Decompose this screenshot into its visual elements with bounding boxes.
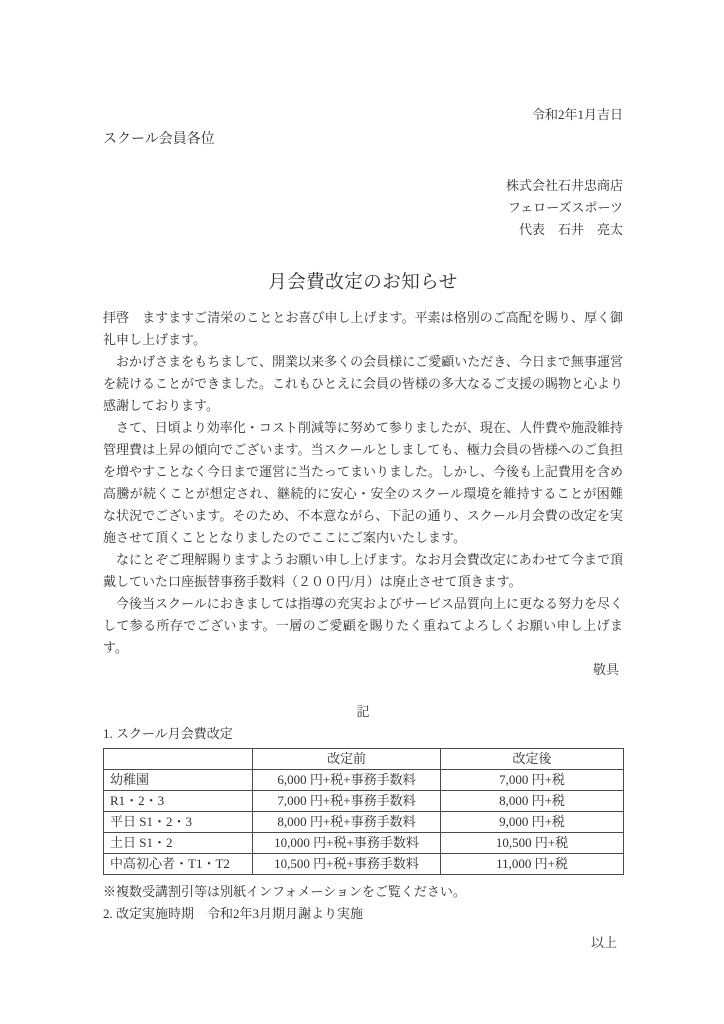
category-cell: R1・2・3	[104, 791, 253, 812]
before-fee-cell: 7,000 円+税+事務手数料	[253, 791, 441, 812]
fee-table-header-after: 改定後	[441, 749, 624, 770]
fee-table: 改定前 改定後 幼稚園 6,000 円+税+事務手数料 7,000 円+税 R1…	[103, 748, 624, 875]
body-text: 拝啓 ますますご清栄のこととお喜び申し上げます。平素は格別のご高配を賜り、厚く御…	[103, 307, 623, 659]
after-fee-cell: 11,000 円+税	[441, 854, 624, 875]
end-marker: 以上	[103, 932, 623, 954]
paragraph-request: なにとぞご理解賜りますようお願い申し上げます。なお月会費改定にあわせて今まで頂戴…	[103, 549, 623, 593]
before-fee-cell: 10,500 円+税+事務手数料	[253, 854, 441, 875]
after-fee-cell: 10,500 円+税	[441, 833, 624, 854]
before-fee-cell: 8,000 円+税+事務手数料	[253, 812, 441, 833]
discount-note: ※複数受講割引等は別紙インフォメーションをご覧ください。	[103, 881, 623, 903]
table-row-r123: R1・2・3 7,000 円+税+事務手数料 8,000 円+税	[104, 791, 624, 812]
document-page: 令和2年1月吉日 スクール会員各位 株式会社石井忠商店 フェローズスポーツ 代表…	[0, 0, 724, 1024]
before-fee-cell: 10,000 円+税+事務手数料	[253, 833, 441, 854]
document-title: 月会費改定のお知らせ	[103, 270, 623, 296]
fee-table-header-row: 改定前 改定後	[104, 749, 624, 770]
section2-line: 2. 改定実施時期 令和2年3月期月謝より実施	[103, 903, 623, 925]
paragraph-greeting: 拝啓 ますますご清栄のこととお喜び申し上げます。平素は格別のご高配を賜り、厚く御…	[103, 307, 623, 351]
after-fee-cell: 8,000 円+税	[441, 791, 624, 812]
category-cell: 平日 S1・2・3	[104, 812, 253, 833]
sender-block: 株式会社石井忠商店 フェローズスポーツ 代表 石井 亮太	[103, 175, 623, 241]
section1-heading: 1. スクール月会費改定	[103, 723, 623, 745]
fee-table-header-before: 改定前	[253, 749, 441, 770]
closing-keigu: 敬具	[103, 659, 623, 681]
table-row-kindergarten: 幼稚園 6,000 円+税+事務手数料 7,000 円+税	[104, 770, 624, 791]
addressee: スクール会員各位	[103, 129, 623, 151]
fee-table-header-category	[104, 749, 253, 770]
category-cell: 幼稚園	[104, 770, 253, 791]
sender-company: 株式会社石井忠商店	[103, 175, 623, 197]
after-fee-cell: 9,000 円+税	[441, 812, 624, 833]
sender-representative: 代表 石井 亮太	[103, 219, 623, 241]
table-row-weekday-s123: 平日 S1・2・3 8,000 円+税+事務手数料 9,000 円+税	[104, 812, 624, 833]
category-cell: 中高初心者・T1・T2	[104, 854, 253, 875]
category-cell: 土日 S1・2	[104, 833, 253, 854]
paragraph-reason: さて、日頃より効率化・コスト削減等に努めて参りましたが、現在、人件費や施設維持管…	[103, 417, 623, 549]
sender-brand: フェローズスポーツ	[103, 197, 623, 219]
paragraph-thanks: おかげさまをもちまして、開業以来多くの会員様にご愛顧いただき、今日まで無事運営を…	[103, 351, 623, 417]
after-fee-cell: 7,000 円+税	[441, 770, 624, 791]
paragraph-commitment: 今後当スクールにおきましては指導の充実およびサービス品質向上に更なる努力を尽くし…	[103, 593, 623, 659]
table-row-weekend-s12: 土日 S1・2 10,000 円+税+事務手数料 10,500 円+税	[104, 833, 624, 854]
record-marker: 記	[103, 701, 623, 723]
date-line: 令和2年1月吉日	[103, 104, 623, 126]
table-row-junior-t1t2: 中高初心者・T1・T2 10,500 円+税+事務手数料 11,000 円+税	[104, 854, 624, 875]
before-fee-cell: 6,000 円+税+事務手数料	[253, 770, 441, 791]
